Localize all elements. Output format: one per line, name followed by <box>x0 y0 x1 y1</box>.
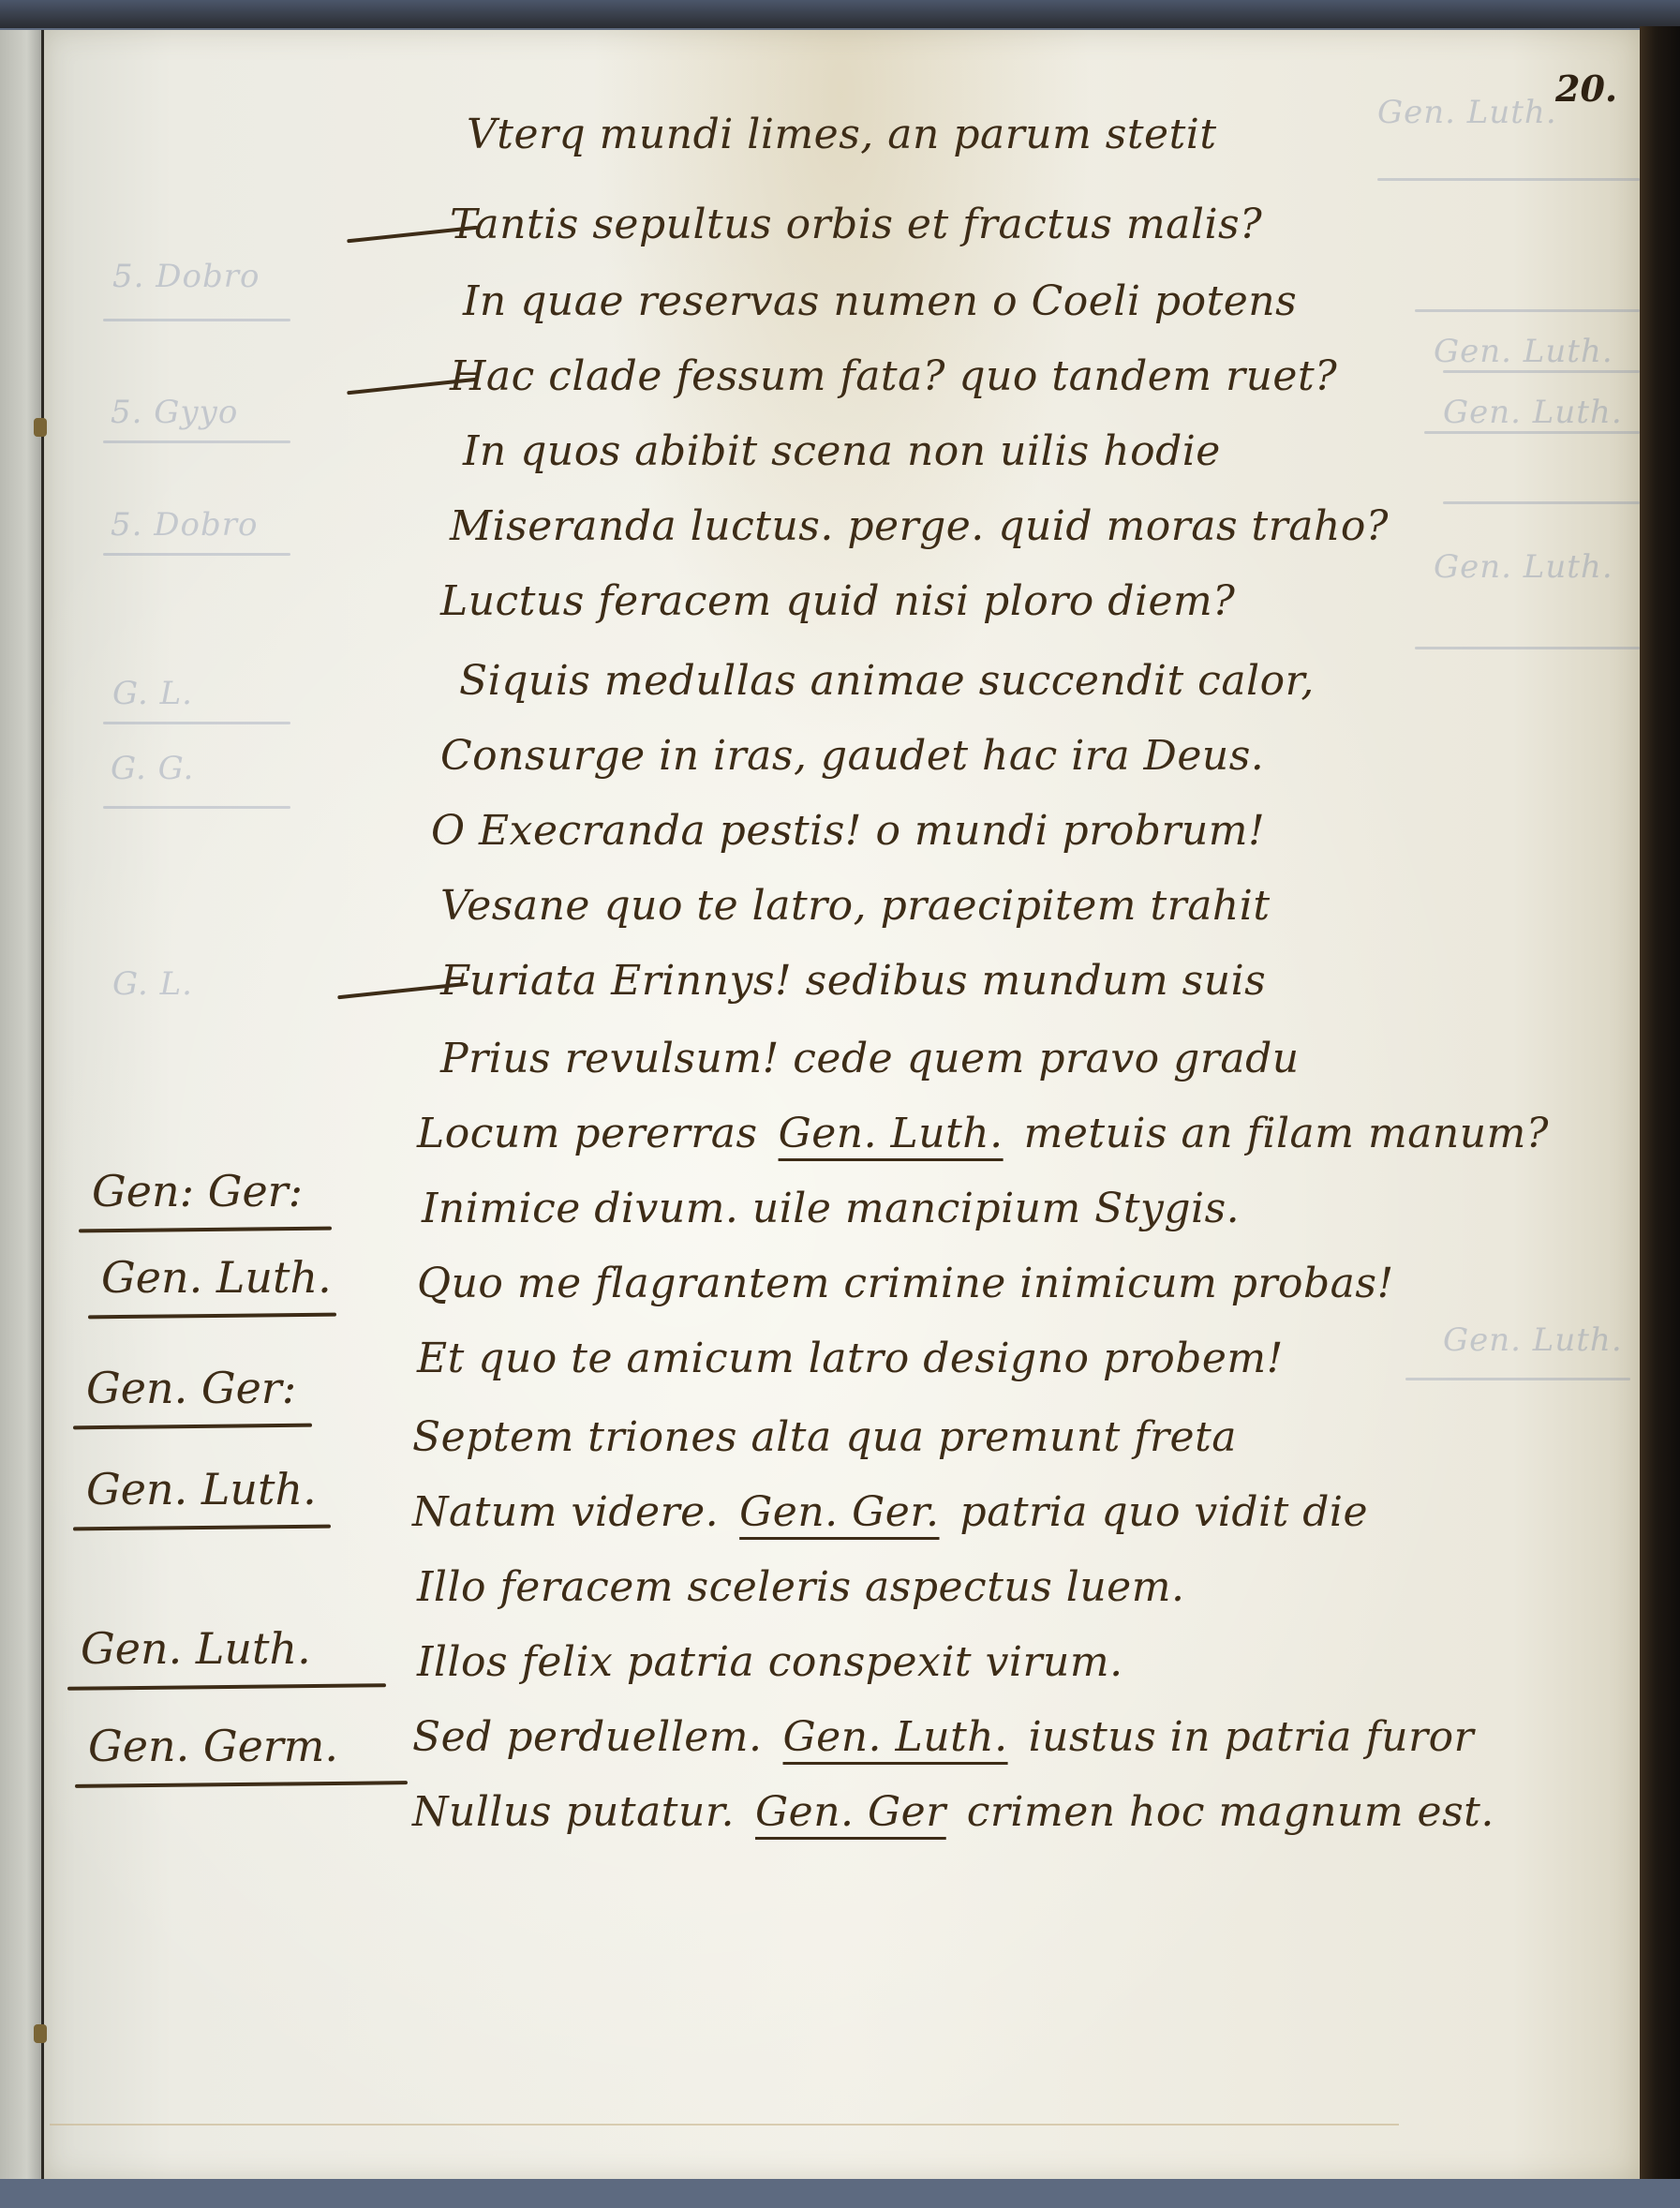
verse-continuation: patria quo vidit die <box>960 1488 1369 1536</box>
verse-text: Consurge in iras, gaudet hac ira Deus. <box>440 732 1264 780</box>
inline-speaker-label: Gen. Luth. <box>783 1713 1008 1761</box>
verse-line: Tantis sepultus orbis et fractus malis? <box>450 204 1262 246</box>
page-fore-edge <box>1640 26 1680 2182</box>
verse-continuation: iustus in patria furor <box>1029 1713 1475 1761</box>
verse-text: O Execranda pestis! o mundi probrum! <box>431 807 1265 855</box>
bleed-through-text: 5. Gyyo <box>111 394 238 431</box>
verse-text: Natum videre. <box>412 1488 719 1536</box>
verse-line: Locum pererrasGen. Luth.metuis an filam … <box>417 1113 1549 1155</box>
verse-line: Illo feracem sceleris aspectus luem. <box>417 1567 1184 1608</box>
inline-speaker-label: Gen. Ger. <box>739 1488 939 1536</box>
verse-text: In quos abibit scena non uilis hodie <box>463 427 1221 475</box>
ghost-rule <box>103 553 290 556</box>
verse-line: Inimice divum. uile mancipium Stygis. <box>422 1188 1240 1230</box>
verse-text: Illo feracem sceleris aspectus luem. <box>417 1563 1184 1611</box>
margin-speaker-label: Gen. Luth. <box>86 1468 317 1511</box>
verse-line: Vterq mundi limes, an parum stetit <box>467 114 1217 156</box>
margin-speaker-label: Gen. Germ. <box>88 1724 338 1768</box>
verse-line: In quae reservas numen o Coeli potens <box>463 281 1297 322</box>
verse-text: Locum pererras <box>417 1110 758 1157</box>
ghost-rule <box>103 440 290 443</box>
verse-line: Siquis medullas animae succendit calor, <box>459 661 1315 702</box>
verse-text: Vterq mundi limes, an parum stetit <box>467 111 1217 158</box>
verse-line: O Execranda pestis! o mundi probrum! <box>431 811 1265 852</box>
ghost-rule <box>103 722 290 724</box>
verse-line: Natum videre.Gen. Ger.patria quo vidit d… <box>412 1492 1368 1533</box>
verse-line: Prius revulsum! cede quem pravo gradu <box>440 1038 1300 1080</box>
verse-line: Luctus feracem quid nisi ploro diem? <box>440 581 1235 622</box>
verse-text: Luctus feracem quid nisi ploro diem? <box>440 577 1235 625</box>
ghost-rule <box>1424 431 1640 434</box>
bleed-through-text: 5. Dobro <box>111 506 258 544</box>
verse-text: In quae reservas numen o Coeli potens <box>463 277 1297 325</box>
bleed-through-text: G. G. <box>111 750 194 787</box>
ghost-rule <box>1405 1378 1630 1380</box>
verse-line: Illos felix patria conspexit virum. <box>417 1642 1123 1683</box>
binding-stitch <box>34 2024 47 2043</box>
margin-speaker-label: Gen. Luth. <box>101 1256 332 1299</box>
verse-line: Vesane quo te latro, praecipitem trahit <box>440 886 1271 927</box>
ghost-rule <box>1415 309 1640 312</box>
verse-text: Illos felix patria conspexit virum. <box>417 1638 1123 1686</box>
verse-text: Septem triones alta qua premunt freta <box>412 1413 1237 1461</box>
verse-continuation: metuis an filam manum? <box>1024 1110 1549 1157</box>
verse-line: Furiata Erinnys! sedibus mundum suis <box>440 961 1266 1002</box>
verse-text: Prius revulsum! cede quem pravo gradu <box>440 1035 1300 1082</box>
verse-text: Vesane quo te latro, praecipitem trahit <box>440 882 1271 930</box>
bleed-through-text: G. L. <box>112 675 193 712</box>
margin-speaker-label: Gen: Ger: <box>92 1170 303 1213</box>
bleed-through-text: Gen. Luth. <box>1443 1321 1623 1359</box>
verse-continuation: crimen hoc magnum est. <box>967 1788 1494 1836</box>
verse-text: Inimice divum. uile mancipium Stygis. <box>422 1185 1240 1232</box>
verse-line: Nullus putatur.Gen. Gercrimen hoc magnum… <box>412 1792 1494 1833</box>
binding-gutter <box>41 30 44 2186</box>
verse-line: Quo me flagrantem crimine inimicum proba… <box>417 1263 1394 1305</box>
scan-backdrop-bottom <box>0 2179 1680 2208</box>
inline-speaker-label: Gen. Luth. <box>779 1110 1004 1157</box>
verse-line: In quos abibit scena non uilis hodie <box>463 431 1221 472</box>
verse-text: Nullus putatur. <box>412 1788 735 1836</box>
bleed-through-text: Gen. Luth. <box>1434 333 1613 370</box>
verse-text: Sed perduellem. <box>412 1713 763 1761</box>
ghost-rule <box>1443 370 1640 373</box>
verse-text: Siquis medullas animae succendit calor, <box>459 657 1315 705</box>
ghost-rule <box>1415 647 1640 649</box>
bleed-through-text: Gen. Luth. <box>1434 548 1613 586</box>
bleed-through-text: Gen. Luth. <box>1443 394 1623 431</box>
bleed-through-text: G. L. <box>112 965 193 1003</box>
verse-line: Septem triones alta qua premunt freta <box>412 1417 1237 1458</box>
bleed-through-text: Gen. Luth. <box>1377 94 1557 131</box>
ghost-rule <box>103 806 290 809</box>
scan-backdrop-top <box>0 0 1680 28</box>
verse-text: Quo me flagrantem crimine inimicum proba… <box>417 1260 1394 1307</box>
verse-text: Furiata Erinnys! sedibus mundum suis <box>440 957 1266 1005</box>
inline-speaker-label: Gen. Ger <box>755 1788 946 1836</box>
ghost-rule <box>1443 501 1640 504</box>
verse-text: Hac clade fessum fata? quo tandem ruet? <box>450 352 1337 400</box>
binding-stitch <box>34 418 47 437</box>
verse-line: Miseranda luctus. perge. quid moras trah… <box>450 506 1389 547</box>
margin-speaker-label: Gen. Luth. <box>81 1627 311 1670</box>
ghost-rule <box>103 319 290 321</box>
margin-speaker-label: Gen. Ger: <box>86 1366 296 1410</box>
verse-text: Et quo te amicum latro designo probem! <box>417 1335 1284 1382</box>
paper-crease <box>50 2124 1399 2126</box>
verse-text: Miseranda luctus. perge. quid moras trah… <box>450 502 1389 550</box>
bleed-through-text: 5. Dobro <box>112 258 260 295</box>
ghost-rule <box>1377 178 1640 181</box>
verse-line: Consurge in iras, gaudet hac ira Deus. <box>440 736 1264 777</box>
verse-line: Hac clade fessum fata? quo tandem ruet? <box>450 356 1337 397</box>
verse-line: Sed perduellem.Gen. Luth.iustus in patri… <box>412 1717 1474 1758</box>
folio-number: 20. <box>1555 67 1617 110</box>
previous-leaf-edge <box>0 30 45 2186</box>
verse-line: Et quo te amicum latro designo probem! <box>417 1338 1284 1380</box>
verse-text: Tantis sepultus orbis et fractus malis? <box>450 201 1262 248</box>
